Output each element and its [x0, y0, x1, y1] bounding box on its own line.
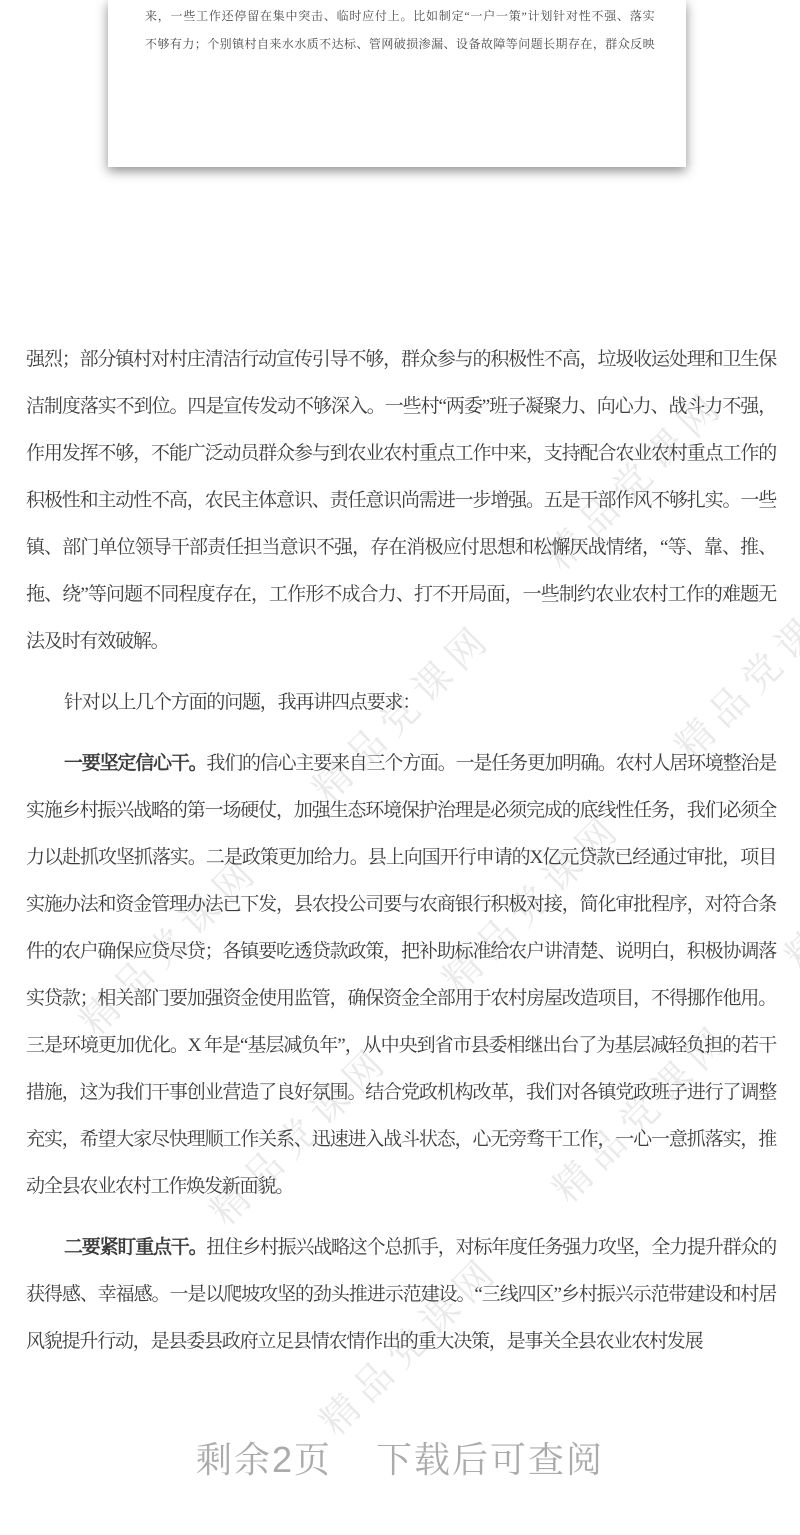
page-preview-card: 来，一些工作还停留在集中突击、临时应付上。比如制定“一户一策”计划针对性不强、落…	[108, 0, 686, 167]
paragraph: 强烈；部分镇村对村庄清洁行动宣传引导不够，群众参与的积极性不高，垃圾收运处理和卫…	[26, 336, 776, 665]
document-preview-page: 精品党课网 精品党课网 精品党课网精品党课网 精品党课网 精品党课网精品党课网 …	[0, 0, 800, 1535]
paragraph-text: 强烈；部分镇村对村庄清洁行动宣传引导不够，群众参与的积极性不高，垃圾收运处理和卫…	[26, 349, 776, 652]
paragraph: 一要坚定信心干。我们的信心主要来自三个方面。一是任务更加明确。农村人居环境整治是…	[26, 740, 776, 1210]
preview-text-line-1: 来，一些工作还停留在集中突击、临时应付上。比如制定“一户一策”计划针对性不强、落…	[145, 2, 655, 30]
remaining-pages-notice: 剩余2页 下载后可查阅	[0, 1432, 800, 1483]
download-hint-label: 下载后可查阅	[376, 1432, 604, 1483]
preview-text-line-2: 不够有力；个别镇村自来水水质不达标、管网破损渗漏、设备故障等问题长期存在，群众反…	[145, 30, 655, 58]
paragraph: 针对以上几个方面的问题，我再讲四点要求：	[26, 679, 776, 726]
paragraph: 二要紧盯重点干。扭住乡村振兴战略这个总抓手，对标年度任务强力攻坚，全力提升群众的…	[26, 1224, 776, 1365]
remaining-pages-label: 剩余2页	[196, 1432, 332, 1483]
paragraph-bold-lead: 二要紧盯重点干。	[64, 1237, 206, 1258]
paragraph-text: 针对以上几个方面的问题，我再讲四点要求：	[64, 692, 420, 713]
document-body: 强烈；部分镇村对村庄清洁行动宣传引导不够，群众参与的积极性不高，垃圾收运处理和卫…	[26, 336, 776, 1379]
paragraph-bold-lead: 一要坚定信心干。	[64, 753, 206, 774]
paragraph-text: 我们的信心主要来自三个方面。一是任务更加明确。农村人居环境整治是实施乡村振兴战略…	[26, 753, 776, 1197]
